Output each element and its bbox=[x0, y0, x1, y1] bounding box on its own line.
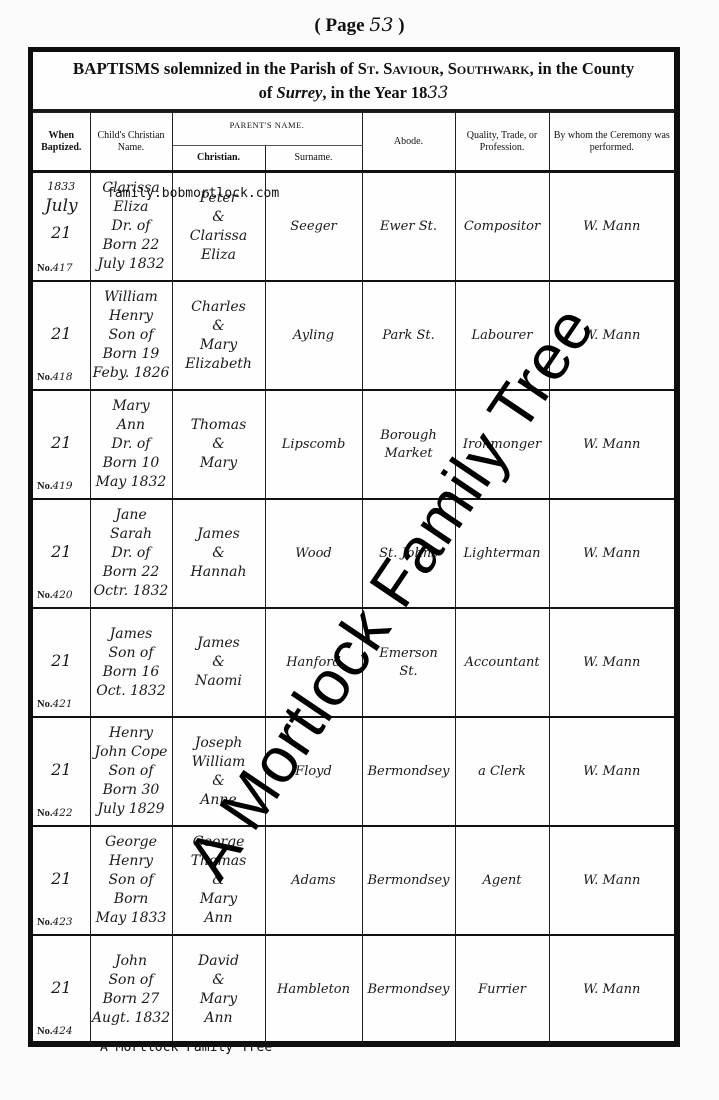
cell-child-name-line: Born 27 bbox=[91, 990, 172, 1009]
cell-parent-christian-line: Charles bbox=[173, 298, 265, 317]
county-name: Surrey bbox=[277, 83, 323, 102]
entry-number: No.420 bbox=[37, 586, 73, 605]
cell-child-name-line: July 1829 bbox=[91, 800, 172, 819]
cell-parent-christian: GeorgeThomas&MaryAnn bbox=[172, 826, 265, 935]
cell-parent-christian-line: & bbox=[173, 435, 265, 454]
cell-parent-christian-line: Peter bbox=[173, 189, 265, 208]
title-year-prefix: , in the Year 18 bbox=[322, 83, 427, 102]
entry-number: No.419 bbox=[37, 477, 73, 496]
cell-parent-christian: JosephWilliam&Anne bbox=[172, 717, 265, 826]
cell-surname: Hanford bbox=[265, 608, 362, 717]
cell-abode: BoroughMarket bbox=[362, 390, 455, 499]
entry-number-value: 424 bbox=[52, 1025, 72, 1037]
table-row: 21No.421JamesSon ofBorn 16Oct. 1832James… bbox=[33, 608, 674, 717]
cell-parent-christian: David&MaryAnn bbox=[172, 935, 265, 1044]
entry-day: 21 bbox=[33, 542, 90, 561]
cell-trade: Labourer bbox=[455, 281, 549, 390]
cell-surname: Floyd bbox=[265, 717, 362, 826]
cell-abode-line: Emerson bbox=[363, 645, 455, 663]
cell-child-name-line: Eliza bbox=[91, 198, 172, 217]
table-row: 21No.424JohnSon ofBorn 27Augt. 1832David… bbox=[33, 935, 674, 1044]
header-by-whom: By whom the Ceremony was performed. bbox=[549, 113, 674, 172]
cell-officiant: W. Mann bbox=[549, 608, 674, 717]
entry-year: 1833 bbox=[33, 177, 90, 196]
header-surname: Surname. bbox=[265, 146, 362, 172]
cell-parent-christian-line: James bbox=[173, 525, 265, 544]
page-label-close: ) bbox=[398, 15, 404, 36]
entry-day: 21 bbox=[33, 651, 90, 670]
cell-parent-christian: James&Naomi bbox=[172, 608, 265, 717]
cell-abode: Bermondsey bbox=[362, 717, 455, 826]
cell-trade: Agent bbox=[455, 826, 549, 935]
entry-number-value: 420 bbox=[52, 589, 72, 601]
header-when: When Baptized. bbox=[33, 113, 90, 172]
entry-day: 21 bbox=[33, 978, 90, 997]
cell-trade: a Clerk bbox=[455, 717, 549, 826]
cell-child-name-line: Augt. 1832 bbox=[91, 1009, 172, 1028]
cell-trade: Furrier bbox=[455, 935, 549, 1044]
cell-parent-christian-line: Elizabeth bbox=[173, 355, 265, 374]
entry-number-value: 422 bbox=[52, 807, 72, 819]
cell-parent-christian-line: & bbox=[173, 317, 265, 336]
cell-abode: Bermondsey bbox=[362, 826, 455, 935]
cell-child-name: MaryAnnDr. ofBorn 10May 1832 bbox=[90, 390, 172, 499]
cell-child-name-line: Son of bbox=[91, 644, 172, 663]
cell-officiant: W. Mann bbox=[549, 717, 674, 826]
header-child: Child's Christian Name. bbox=[90, 113, 172, 172]
cell-abode-line: Bermondsey bbox=[363, 763, 455, 781]
entry-day: 21 bbox=[33, 869, 90, 888]
cell-when-baptized: 21No.424 bbox=[33, 935, 90, 1044]
entry-number: No.422 bbox=[37, 804, 73, 823]
register-title: BAPTISMS solemnized in the Parish of St.… bbox=[33, 52, 674, 112]
cell-child-name-line: Born bbox=[91, 890, 172, 909]
cell-parent-christian-line: Hannah bbox=[173, 563, 265, 582]
cell-parent-christian-line: Joseph bbox=[173, 734, 265, 753]
cell-when-baptized: 21No.421 bbox=[33, 608, 90, 717]
cell-parent-christian-line: Ann bbox=[173, 1009, 265, 1028]
entry-month: July bbox=[33, 197, 90, 216]
cell-child-name-line: Henry bbox=[91, 307, 172, 326]
cell-child-name: HenryJohn CopeSon ofBorn 30July 1829 bbox=[90, 717, 172, 826]
cell-abode-line: St. Johns bbox=[363, 545, 455, 563]
cell-child-name-line: Oct. 1832 bbox=[91, 682, 172, 701]
cell-trade: Ironmonger bbox=[455, 390, 549, 499]
cell-abode-line: Ewer St. bbox=[363, 218, 455, 236]
cell-parent-christian-line: Mary bbox=[173, 990, 265, 1009]
cell-officiant: W. Mann bbox=[549, 172, 674, 282]
cell-child-name-line: Born 30 bbox=[91, 781, 172, 800]
header-parents: PARENT'S NAME. bbox=[172, 113, 362, 146]
title-of: of bbox=[259, 83, 277, 102]
cell-child-name-line: John bbox=[91, 952, 172, 971]
cell-surname: Lipscomb bbox=[265, 390, 362, 499]
entry-number-value: 417 bbox=[52, 262, 72, 274]
cell-when-baptized: 21No.418 bbox=[33, 281, 90, 390]
cell-child-name-line: Son of bbox=[91, 326, 172, 345]
cell-parent-christian-line: & bbox=[173, 208, 265, 227]
cell-officiant: W. Mann bbox=[549, 499, 674, 608]
cell-parent-christian-line: & bbox=[173, 544, 265, 563]
cell-abode: EmersonSt. bbox=[362, 608, 455, 717]
cell-abode-line: Park St. bbox=[363, 327, 455, 345]
cell-parent-christian-line: & bbox=[173, 772, 265, 791]
table-row: 21No.419MaryAnnDr. ofBorn 10May 1832Thom… bbox=[33, 390, 674, 499]
entry-number-value: 418 bbox=[52, 371, 72, 383]
cell-trade: Lighterman bbox=[455, 499, 549, 608]
cell-parent-christian-line: Anne bbox=[173, 791, 265, 810]
cell-when-baptized: 21No.423 bbox=[33, 826, 90, 935]
cell-abode: Park St. bbox=[362, 281, 455, 390]
cell-when-baptized: 1833July21No.417 bbox=[33, 172, 90, 282]
table-row: 1833July21No.417ClarissaElizaDr. ofBorn … bbox=[33, 172, 674, 282]
cell-when-baptized: 21No.422 bbox=[33, 717, 90, 826]
register-year: 33 bbox=[427, 83, 448, 102]
cell-child-name: JamesSon ofBorn 16Oct. 1832 bbox=[90, 608, 172, 717]
cell-abode-line: Bermondsey bbox=[363, 872, 455, 890]
entry-number: No.421 bbox=[37, 695, 73, 714]
entry-day: 21 bbox=[33, 223, 90, 242]
title-text: solemnized in the Parish of bbox=[160, 59, 358, 78]
cell-child-name-line: Henry bbox=[91, 852, 172, 871]
cell-parent-christian-line: Mary bbox=[173, 454, 265, 473]
cell-child-name-line: May 1832 bbox=[91, 473, 172, 492]
cell-child-name-line: Son of bbox=[91, 871, 172, 890]
cell-officiant: W. Mann bbox=[549, 281, 674, 390]
table-row: 21No.423GeorgeHenrySon ofBornMay 1833Geo… bbox=[33, 826, 674, 935]
cell-child-name-line: James bbox=[91, 625, 172, 644]
cell-child-name-line: Sarah bbox=[91, 525, 172, 544]
cell-child-name-line: Born 10 bbox=[91, 454, 172, 473]
cell-parent-christian-line: Thomas bbox=[173, 416, 265, 435]
cell-surname: Hambleton bbox=[265, 935, 362, 1044]
cell-child-name-line: Mary bbox=[91, 397, 172, 416]
cell-parent-christian-line: & bbox=[173, 653, 265, 672]
cell-child-name: JohnSon ofBorn 27Augt. 1832 bbox=[90, 935, 172, 1044]
page-number-value: 53 bbox=[369, 14, 393, 36]
cell-surname: Seeger bbox=[265, 172, 362, 282]
cell-child-name-line: Jane bbox=[91, 506, 172, 525]
cell-parent-christian-line: George bbox=[173, 833, 265, 852]
cell-child-name-line: Born 16 bbox=[91, 663, 172, 682]
cell-child-name-line: Born 22 bbox=[91, 563, 172, 582]
cell-when-baptized: 21No.420 bbox=[33, 499, 90, 608]
entry-day: 21 bbox=[33, 433, 90, 452]
cell-abode: Bermondsey bbox=[362, 935, 455, 1044]
cell-surname: Ayling bbox=[265, 281, 362, 390]
entry-day: 21 bbox=[33, 760, 90, 779]
entry-number: No.423 bbox=[37, 913, 73, 932]
page-label: ( Page bbox=[314, 15, 364, 36]
cell-abode-line: Borough bbox=[363, 427, 455, 445]
cell-parent-christian-line: James bbox=[173, 634, 265, 653]
cell-child-name: ClarissaElizaDr. ofBorn 22July 1832 bbox=[90, 172, 172, 282]
entry-number-value: 423 bbox=[52, 916, 72, 928]
entry-number: No.417 bbox=[37, 259, 73, 278]
cell-officiant: W. Mann bbox=[549, 390, 674, 499]
cell-parent-christian-line: Ann bbox=[173, 909, 265, 928]
cell-child-name-line: William bbox=[91, 288, 172, 307]
table-row: 21No.420JaneSarahDr. ofBorn 22Octr. 1832… bbox=[33, 499, 674, 608]
entry-number: No.424 bbox=[37, 1022, 73, 1041]
cell-child-name: WilliamHenrySon ofBorn 19Feby. 1826 bbox=[90, 281, 172, 390]
header-christian: Christian. bbox=[172, 146, 265, 172]
table-row: 21No.418WilliamHenrySon ofBorn 19Feby. 1… bbox=[33, 281, 674, 390]
cell-trade: Compositor bbox=[455, 172, 549, 282]
cell-child-name-line: May 1833 bbox=[91, 909, 172, 928]
cell-child-name-line: Dr. of bbox=[91, 217, 172, 236]
cell-parent-christian-line: & bbox=[173, 971, 265, 990]
cell-child-name: GeorgeHenrySon ofBornMay 1833 bbox=[90, 826, 172, 935]
entry-number-value: 421 bbox=[52, 698, 72, 710]
cell-parent-christian: James&Hannah bbox=[172, 499, 265, 608]
entry-number: No.418 bbox=[37, 368, 73, 387]
cell-child-name-line: Henry bbox=[91, 724, 172, 743]
cell-parent-christian-line: Mary bbox=[173, 890, 265, 909]
cell-abode: St. Johns bbox=[362, 499, 455, 608]
cell-child-name-line: Born 19 bbox=[91, 345, 172, 364]
title-baptisms: BAPTISMS bbox=[73, 59, 160, 78]
cell-child-name: JaneSarahDr. ofBorn 22Octr. 1832 bbox=[90, 499, 172, 608]
cell-trade: Accountant bbox=[455, 608, 549, 717]
page-number: ( Page 53 ) bbox=[0, 14, 719, 37]
cell-abode-line: Bermondsey bbox=[363, 981, 455, 999]
cell-abode-line: St. bbox=[363, 663, 455, 681]
cell-parent-christian-line: William bbox=[173, 753, 265, 772]
header-trade: Quality, Trade, or Profession. bbox=[455, 113, 549, 172]
cell-parent-christian-line: David bbox=[173, 952, 265, 971]
cell-child-name-line: Son of bbox=[91, 971, 172, 990]
baptism-register: BAPTISMS solemnized in the Parish of St.… bbox=[28, 47, 680, 1047]
cell-child-name-line: Octr. 1832 bbox=[91, 582, 172, 601]
cell-abode: Ewer St. bbox=[362, 172, 455, 282]
cell-surname: Wood bbox=[265, 499, 362, 608]
cell-abode-line: Market bbox=[363, 445, 455, 463]
cell-parent-christian-line: Clarissa bbox=[173, 227, 265, 246]
cell-child-name-line: Clarissa bbox=[91, 179, 172, 198]
cell-child-name-line: Ann bbox=[91, 416, 172, 435]
cell-officiant: W. Mann bbox=[549, 935, 674, 1044]
cell-parent-christian-line: Mary bbox=[173, 336, 265, 355]
cell-child-name-line: Born 22 bbox=[91, 236, 172, 255]
cell-child-name-line: Son of bbox=[91, 762, 172, 781]
cell-child-name-line: John Cope bbox=[91, 743, 172, 762]
cell-parent-christian-line: Eliza bbox=[173, 246, 265, 265]
cell-parent-christian-line: & bbox=[173, 871, 265, 890]
cell-parent-christian: Thomas&Mary bbox=[172, 390, 265, 499]
entry-number-value: 419 bbox=[52, 480, 72, 492]
cell-officiant: W. Mann bbox=[549, 826, 674, 935]
baptism-table: When Baptized. Child's Christian Name. P… bbox=[33, 112, 674, 1045]
header-abode: Abode. bbox=[362, 113, 455, 172]
cell-parent-christian-line: Naomi bbox=[173, 672, 265, 691]
cell-child-name-line: Dr. of bbox=[91, 435, 172, 454]
cell-child-name-line: Feby. 1826 bbox=[91, 364, 172, 383]
cell-child-name-line: George bbox=[91, 833, 172, 852]
cell-parent-christian: Peter&ClarissaEliza bbox=[172, 172, 265, 282]
title-tail: , in the County bbox=[530, 59, 635, 78]
parish-name: St. Saviour, Southwark bbox=[358, 59, 530, 78]
cell-parent-christian-line: Thomas bbox=[173, 852, 265, 871]
entry-day: 21 bbox=[33, 324, 90, 343]
cell-parent-christian: Charles&MaryElizabeth bbox=[172, 281, 265, 390]
cell-surname: Adams bbox=[265, 826, 362, 935]
cell-when-baptized: 21No.419 bbox=[33, 390, 90, 499]
table-row: 21No.422HenryJohn CopeSon ofBorn 30July … bbox=[33, 717, 674, 826]
cell-child-name-line: July 1832 bbox=[91, 255, 172, 274]
cell-child-name-line: Dr. of bbox=[91, 544, 172, 563]
